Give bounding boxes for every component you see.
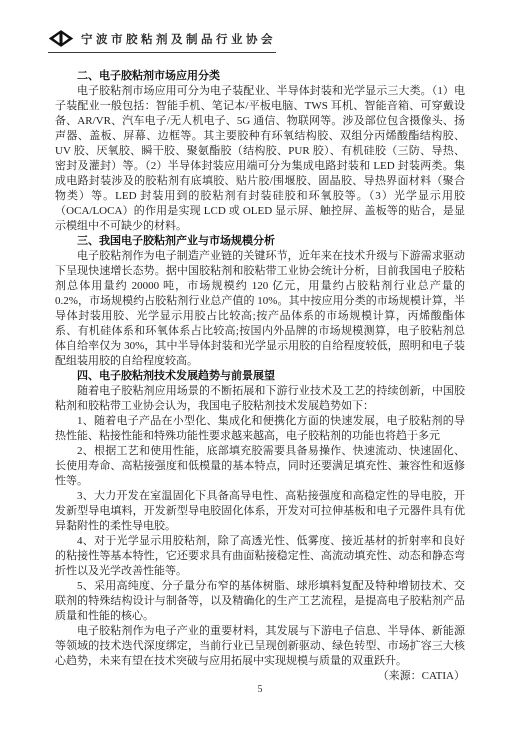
section-heading-market-classification: 二、电子胶粘剂市场应用分类 (55, 69, 465, 84)
section-heading-industry-scale: 三、我国电子胶粘剂产业与市场规模分析 (55, 234, 465, 249)
association-logo-icon (48, 29, 74, 48)
paragraph-trends-intro: 随着电子胶粘剂应用场景的不断拓展和下游行业技术及工艺的持续创新，中国胶粘剂和胶粘… (55, 384, 465, 414)
section-heading-tech-trends: 四、电子胶粘剂技术发展趋势与前景展望 (55, 369, 465, 384)
paragraph-conclusion: 电子胶粘剂作为电子产业的重要材料，其发展与下游电子信息、半导体、新能源等领域的技… (55, 624, 465, 669)
paragraph-market-classification: 电子胶粘剂市场应用可分为电子装配业、半导体封装和光学显示三大类。（1）电子装配业… (55, 84, 465, 234)
paragraph-trend-3: 3、大力开发在室温固化下具备高导电性、高粘接强度和高稳定性的导电胶，开发新型导电… (55, 489, 465, 534)
header: 宁波市胶粘剂及制品行业协会 (48, 29, 276, 53)
paragraph-trend-4: 4、对于光学显示用胶粘剂，除了高透光性、低雾度、接近基材的折射率和良好的粘接性等… (55, 534, 465, 579)
org-name: 宁波市胶粘剂及制品行业协会 (81, 31, 276, 47)
page-number: 5 (0, 684, 520, 695)
paragraph-industry-scale: 电子胶粘剂作为电子制造产业链的关键环节，近年来在技术升级与下游需求驱动下呈现快速… (55, 249, 465, 369)
paragraph-trend-5: 5、采用高纯度、分子量分布窄的基体树脂、球形填料复配及特种增韧技术、交联剂的特殊… (55, 579, 465, 624)
source-line: （来源：CATIA） (55, 669, 465, 684)
paragraph-trend-2: 2、根据工艺和使用性能，底部填充胶需要具备易操作、快速流动、快速固化、长使用寿命… (55, 444, 465, 489)
paragraph-trend-1: 1、随着电子产品在小型化、集成化和便携化方面的快速发展，电子胶粘剂的导热性能、粘… (55, 414, 465, 444)
document-page: 宁波市胶粘剂及制品行业协会 二、电子胶粘剂市场应用分类 电子胶粘剂市场应用可分为… (0, 0, 520, 735)
document-body: 二、电子胶粘剂市场应用分类 电子胶粘剂市场应用可分为电子装配业、半导体封装和光学… (55, 69, 465, 684)
